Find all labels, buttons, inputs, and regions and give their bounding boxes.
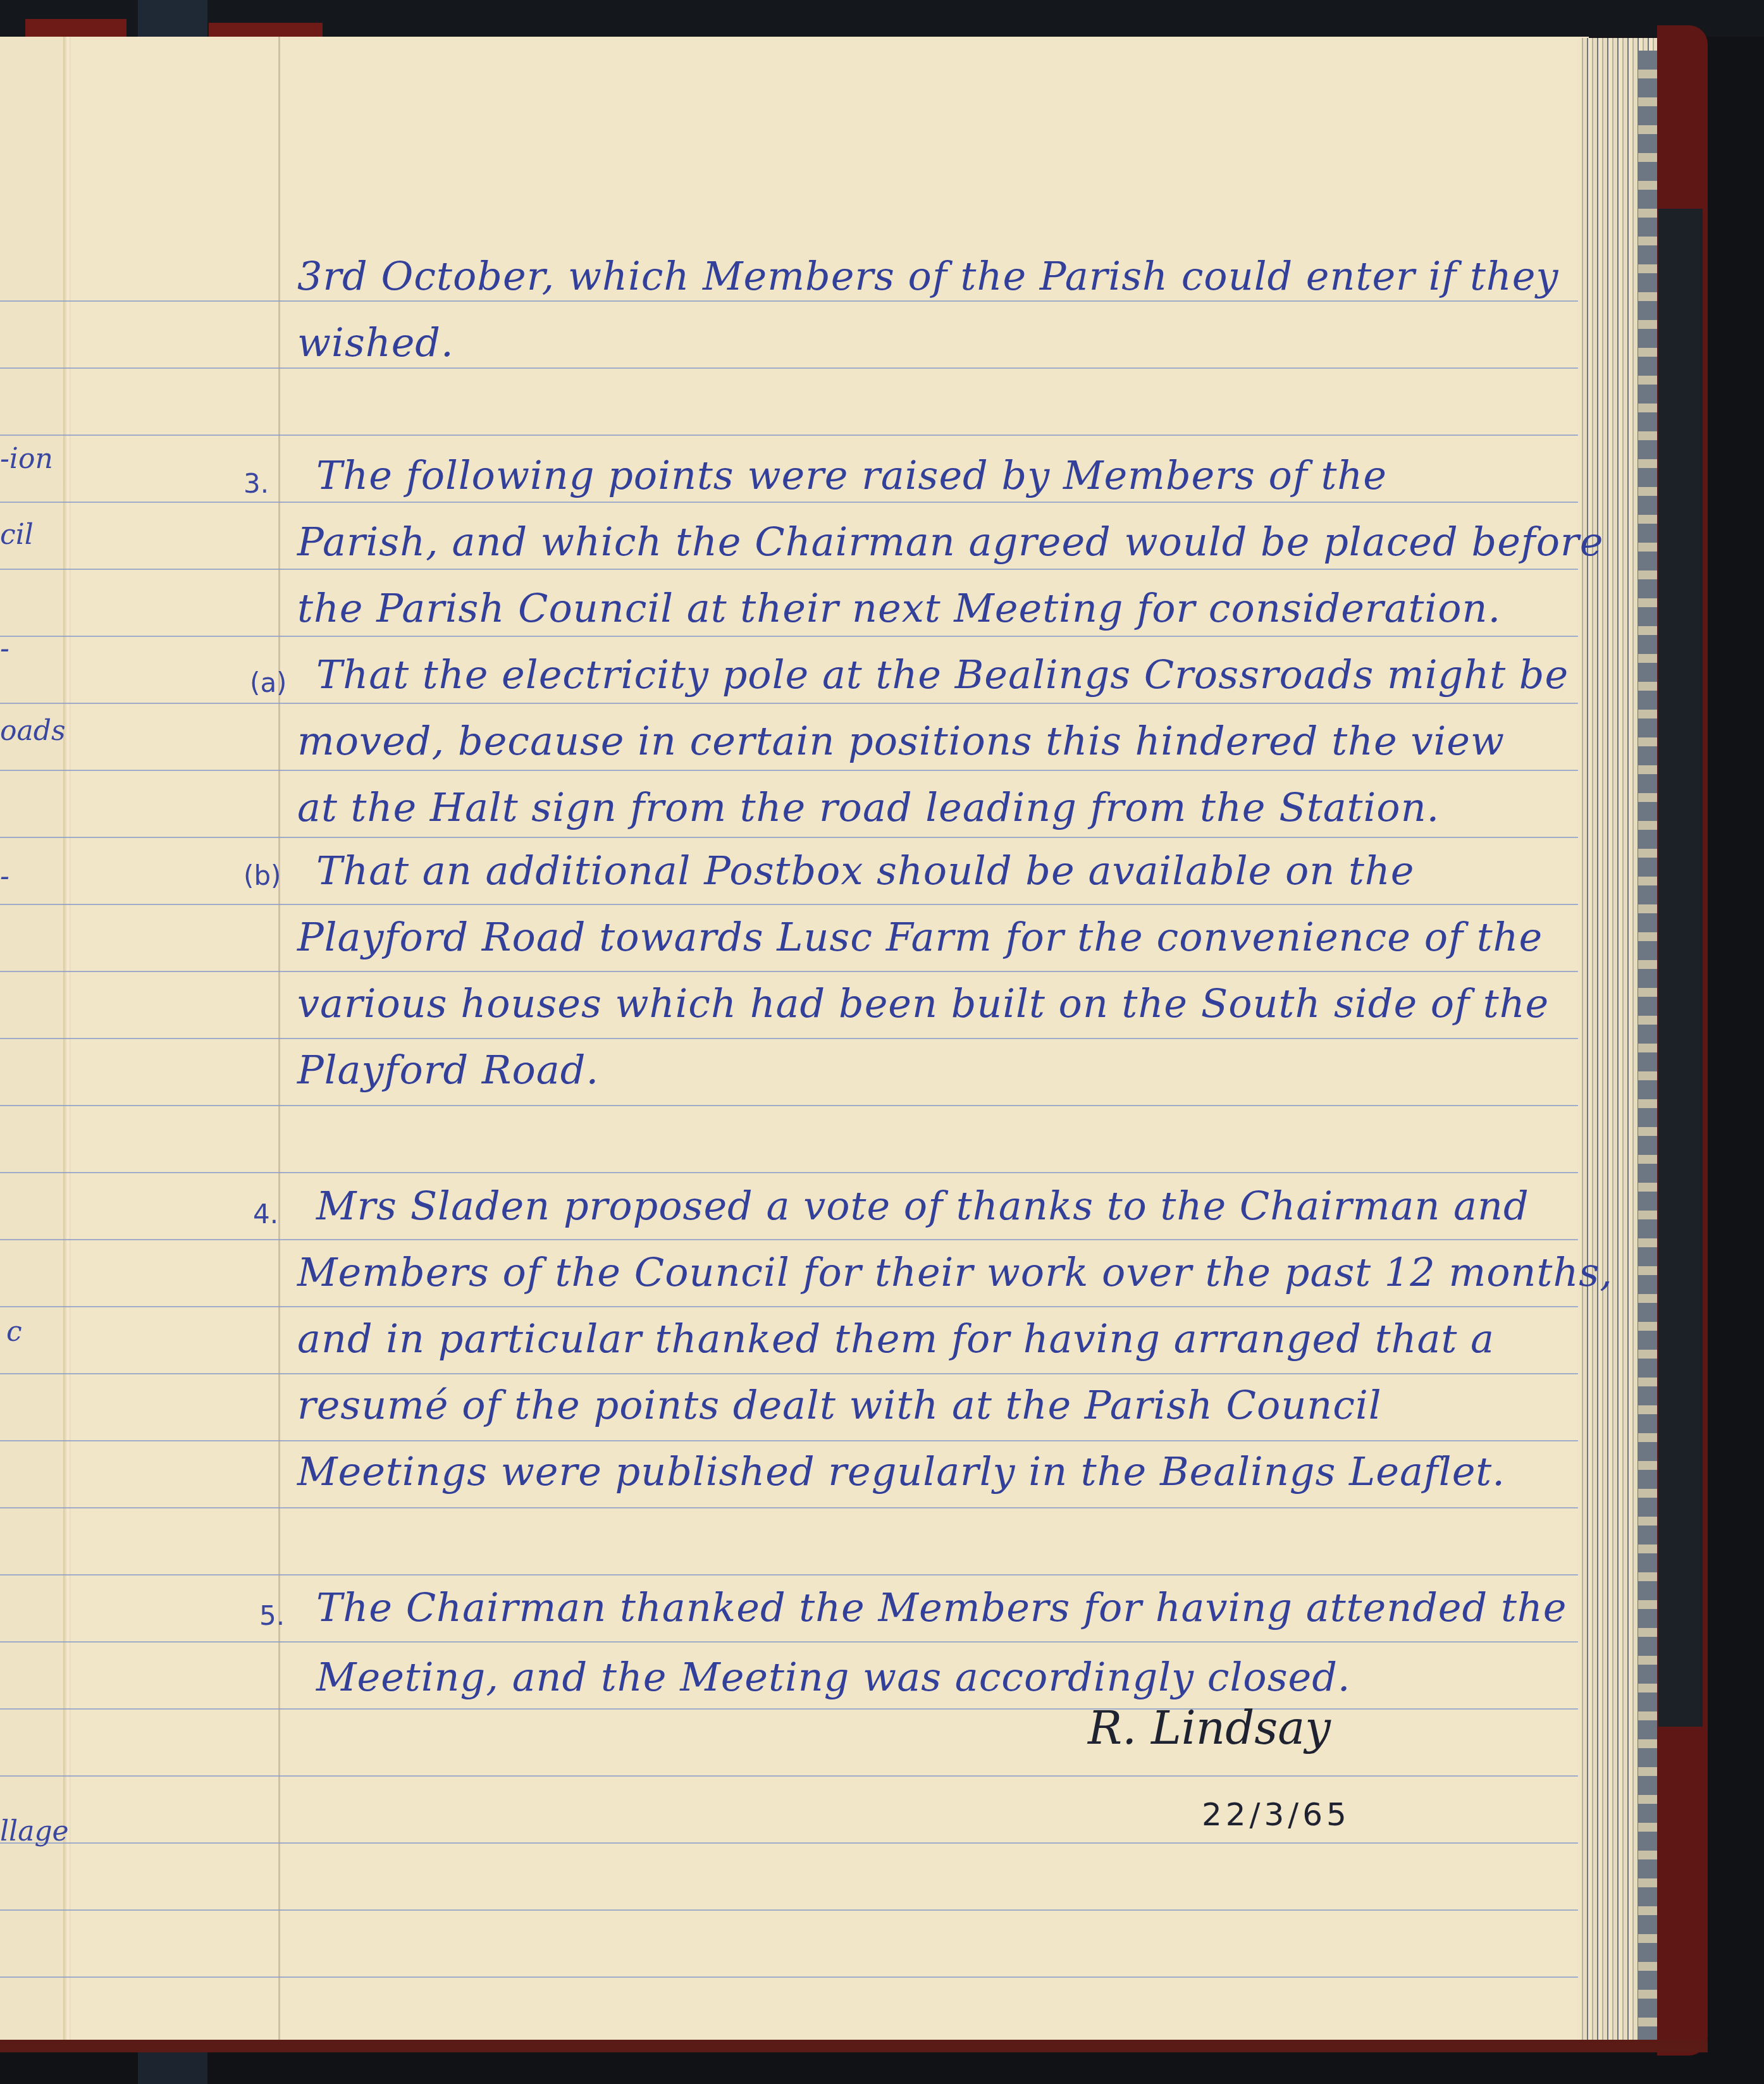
- minutes-line: at the Halt sign from the road leading f…: [297, 784, 1440, 830]
- ruled-line: [0, 770, 1588, 771]
- ruled-line: [0, 1909, 1588, 1911]
- left-page-fragment: llage: [0, 1815, 69, 1847]
- minutes-line: various houses which had been built on t…: [297, 980, 1549, 1027]
- page-stack-dark-edge: [1638, 51, 1657, 2043]
- ruled-line: [0, 1038, 1588, 1039]
- cover-right-spine-black: [1658, 209, 1703, 1727]
- minutes-line: and in particular thanked them for havin…: [297, 1316, 1495, 1362]
- ruled-line: [0, 1373, 1588, 1374]
- item-number: 4.: [253, 1199, 278, 1230]
- ruled-line: [0, 971, 1588, 972]
- ruled-line: [0, 1641, 1588, 1643]
- left-page-fragment: oads: [0, 715, 65, 747]
- minutes-line: the Parish Council at their next Meeting…: [297, 585, 1501, 631]
- ruled-line: [0, 1507, 1588, 1508]
- ruled-line: [0, 1105, 1588, 1106]
- cover-red-edge-top: [25, 19, 126, 37]
- ruled-line: [0, 1172, 1588, 1173]
- left-page-fragment: -: [0, 632, 9, 665]
- left-page: [0, 37, 68, 2045]
- ruled-line: [0, 367, 1588, 369]
- item-number: (b): [244, 860, 281, 891]
- minutes-line: The following points were raised by Memb…: [316, 452, 1387, 498]
- cover-bottom-edge: [0, 2040, 1708, 2052]
- minutes-line: Playford Road towards Lusc Farm for the …: [297, 914, 1543, 960]
- ruled-line: [0, 1842, 1588, 1844]
- ruled-line: [0, 569, 1588, 570]
- minutes-line: wished.: [297, 319, 454, 366]
- ruled-line: [0, 502, 1588, 503]
- minutes-line: resumé of the points dealt with at the P…: [297, 1382, 1382, 1428]
- left-page-fragment: c: [6, 1316, 22, 1348]
- ruled-line: [0, 1239, 1588, 1240]
- spine-strip-top: [138, 0, 207, 37]
- minutes-line: Meeting, and the Meeting was accordingly…: [316, 1654, 1351, 1700]
- page-margin-line: [278, 37, 280, 2045]
- chairman-signature: R. Lindsay: [1088, 1701, 1331, 1754]
- ruled-line: [0, 1708, 1588, 1710]
- ruled-line: [0, 435, 1588, 436]
- minutes-line: That the electricity pole at the Bealing…: [316, 651, 1569, 698]
- ruled-line: [0, 1775, 1588, 1777]
- item-number: 5.: [259, 1600, 285, 1631]
- left-page-fragment: -ion: [0, 443, 53, 475]
- ruled-line: [0, 300, 1588, 302]
- ruled-line: [0, 1306, 1588, 1307]
- left-page-fragment: -: [0, 860, 9, 892]
- minutes-line: Parish, and which the Chairman agreed wo…: [297, 519, 1603, 565]
- ruled-line: [0, 837, 1588, 838]
- minutes-line: Playford Road.: [297, 1047, 599, 1093]
- minutes-line: 3rd October, which Members of the Parish…: [297, 253, 1558, 299]
- ruled-line: [0, 703, 1588, 704]
- ruled-line: [0, 1440, 1588, 1441]
- ruled-line: [0, 904, 1588, 905]
- signature-date: 22/3/65: [1202, 1796, 1350, 1833]
- minutes-line: moved, because in certain positions this…: [297, 718, 1505, 764]
- minutes-line: Meetings were published regularly in the…: [297, 1448, 1505, 1495]
- minutes-line: Mrs Sladen proposed a vote of thanks to …: [316, 1183, 1529, 1229]
- cover-red-edge-top-right: [209, 23, 323, 37]
- ruled-line: [0, 636, 1588, 637]
- left-page-fragment: cil: [0, 519, 34, 551]
- item-number: 3.: [244, 468, 269, 499]
- minutes-line: Members of the Council for their work ov…: [297, 1249, 1613, 1295]
- ruled-line: [0, 1976, 1588, 1978]
- minutes-line: That an additional Postbox should be ava…: [316, 848, 1414, 894]
- ruled-line: [0, 1574, 1588, 1575]
- item-number: (a): [250, 667, 287, 698]
- minutes-line: The Chairman thanked the Members for hav…: [316, 1584, 1567, 1631]
